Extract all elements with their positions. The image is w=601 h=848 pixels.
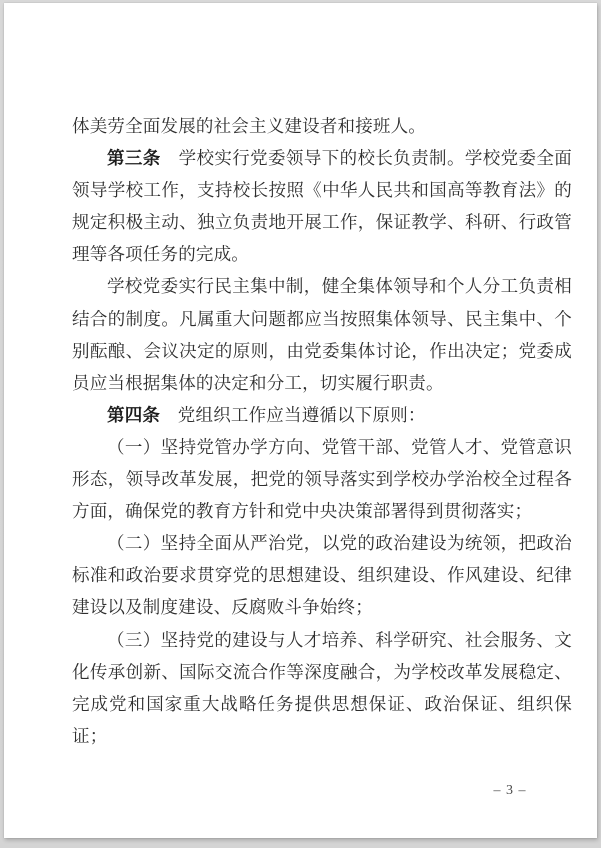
text-run: 体美劳全面发展的社会主义建设者和接班人。: [72, 116, 426, 136]
paragraph: 第四条 党组织工作应当遵循以下原则：: [72, 399, 572, 431]
text-run: （一）坚持党管办学方向、党管干部、党管人才、党管意识形态，领导改革发展，把党的领…: [72, 437, 572, 521]
page-number: – 3 –: [460, 783, 560, 799]
paragraph: （三）坚持党的建设与人才培养、科学研究、社会服务、文化传承创新、国际交流合作等深…: [72, 624, 572, 752]
text-run: （二）坚持全面从严治党，以党的政治建设为统领，把政治标准和政治要求贯穿党的思想建…: [72, 533, 572, 617]
paragraph: 学校党委实行民主集中制，健全集体领导和个人分工负责相结合的制度。凡属重大问题都应…: [72, 270, 572, 398]
article-number: 第三条: [107, 148, 161, 168]
paragraph: 体美劳全面发展的社会主义建设者和接班人。: [72, 110, 572, 142]
text-run: （三）坚持党的建设与人才培养、科学研究、社会服务、文化传承创新、国际交流合作等深…: [72, 630, 572, 746]
paragraph: 第三条 学校实行党委领导下的校长负责制。学校党委全面领导学校工作，支持校长按照《…: [72, 142, 572, 270]
text-run: 学校党委实行民主集中制，健全集体领导和个人分工负责相结合的制度。凡属重大问题都应…: [72, 276, 572, 392]
document-viewer: 体美劳全面发展的社会主义建设者和接班人。第三条 学校实行党委领导下的校长负责制。…: [0, 0, 601, 848]
paragraph: （一）坚持党管办学方向、党管干部、党管人才、党管意识形态，领导改革发展，把党的领…: [72, 431, 572, 527]
paragraph: （二）坚持全面从严治党，以党的政治建设为统领，把政治标准和政治要求贯穿党的思想建…: [72, 527, 572, 623]
text-run: 党组织工作应当遵循以下原则：: [160, 405, 426, 425]
document-body: 体美劳全面发展的社会主义建设者和接班人。第三条 学校实行党委领导下的校长负责制。…: [72, 110, 572, 752]
article-number: 第四条: [107, 405, 160, 425]
document-page: 体美劳全面发展的社会主义建设者和接班人。第三条 学校实行党委领导下的校长负责制。…: [4, 3, 597, 838]
